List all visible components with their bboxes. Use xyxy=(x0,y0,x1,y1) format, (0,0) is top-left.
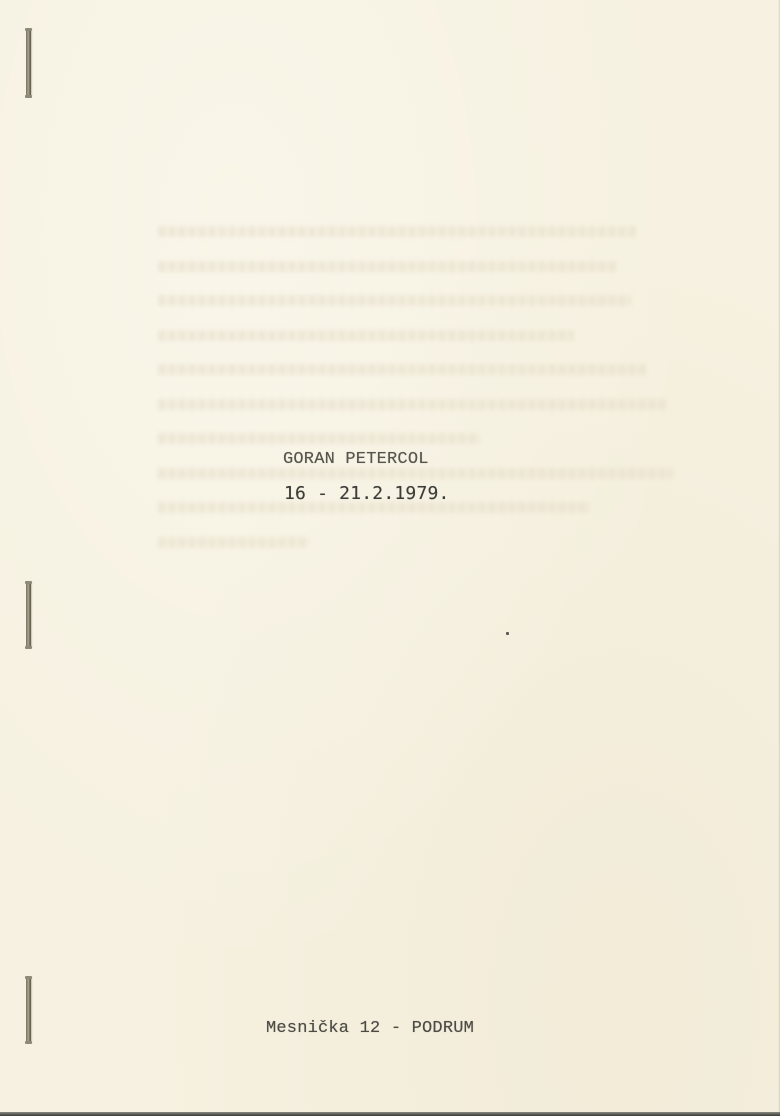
staple-bottom xyxy=(26,977,31,1043)
showthrough-line xyxy=(158,537,309,548)
scan-bottom-edge xyxy=(0,1112,780,1116)
showthrough-line xyxy=(158,330,574,341)
showthrough-line xyxy=(158,433,480,444)
reverse-side-showthrough xyxy=(158,226,678,571)
showthrough-line xyxy=(158,226,636,237)
showthrough-line xyxy=(158,295,631,306)
showthrough-line xyxy=(158,364,647,375)
showthrough-line xyxy=(158,468,673,479)
showthrough-line xyxy=(158,261,616,272)
showthrough-line xyxy=(158,399,668,410)
ink-speck xyxy=(506,632,509,635)
venue-address: Mesnička 12 - PODRUM xyxy=(266,1019,474,1038)
flyer-page: GORAN PETERCOL 16 - 21.2.1979. Mesnička … xyxy=(0,0,780,1116)
artist-name: GORAN PETERCOL xyxy=(283,450,429,469)
staple-top xyxy=(26,29,31,97)
exhibition-dates: 16 - 21.2.1979. xyxy=(284,483,450,504)
staple-middle xyxy=(26,582,31,648)
